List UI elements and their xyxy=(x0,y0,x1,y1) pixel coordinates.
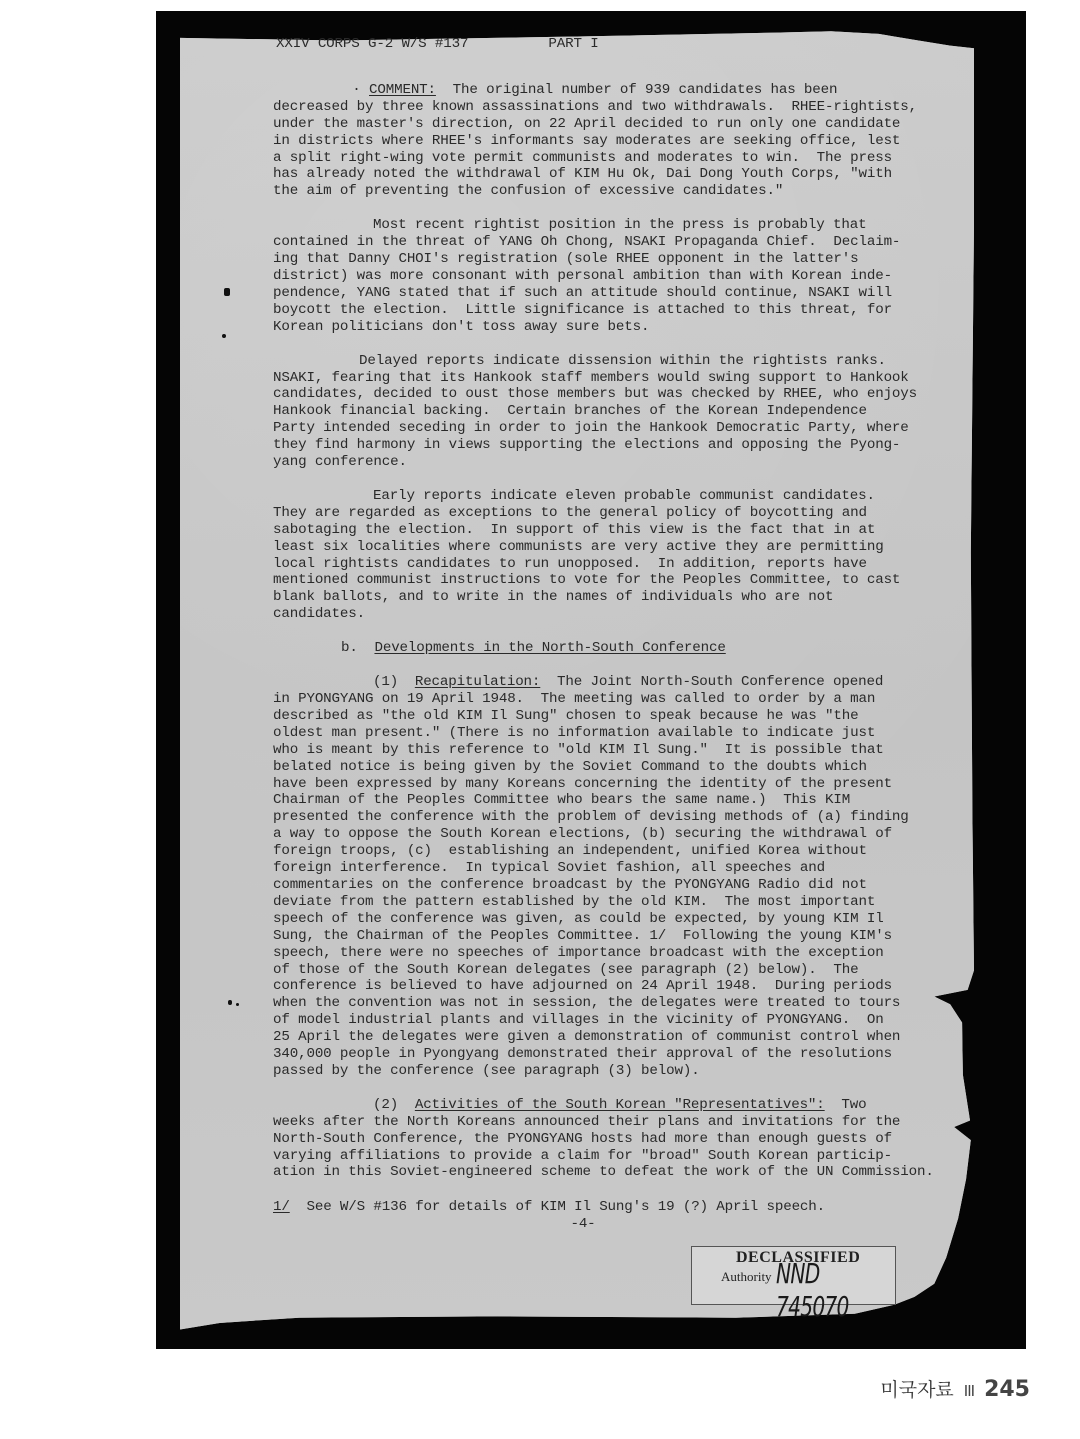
section-b-marker: b. xyxy=(341,640,358,656)
stamp-authority-value: NND 745070 xyxy=(776,1257,862,1323)
section-b-title: Developments in the North-South Conferen… xyxy=(374,640,725,656)
paragraph-dissension: Delayed reports indicate dissension with… xyxy=(273,353,973,471)
paragraph-communist-candidates: Early reports indicate eleven probable c… xyxy=(273,488,973,623)
document-part: PART I xyxy=(548,36,598,53)
margin-mark xyxy=(224,288,230,296)
subsection-south-korean-representatives: (2) Activities of the South Korean "Repr… xyxy=(273,1097,973,1182)
paragraph-text: Early reports indicate eleven probable c… xyxy=(273,488,900,622)
footnote: 1/ See W/S #136 for details of KIM Il Su… xyxy=(273,1199,973,1216)
comment-label: COMMENT: xyxy=(369,82,436,98)
declassified-stamp: DECLASSIFIED Authority NND 745070 xyxy=(691,1246,896,1305)
paragraph-rightist-position: Most recent rightist position in the pre… xyxy=(273,217,973,335)
margin-mark xyxy=(236,1003,239,1006)
footnote-marker: 1/ xyxy=(273,1199,290,1215)
bullet-dot: · xyxy=(273,82,369,99)
stamp-authority-label: Authority xyxy=(721,1269,772,1285)
subsection-title: Recapitulation: xyxy=(415,674,540,690)
subsection-text: The Joint North-South Conference opened … xyxy=(273,674,909,1079)
paragraph-text: Most recent rightist position in the pre… xyxy=(273,217,900,334)
document-header: XXIV CORPS G-2 W/S #137 PART I xyxy=(276,36,973,53)
margin-mark xyxy=(222,334,226,338)
subsection-marker: (1) xyxy=(373,674,398,690)
paragraph-text: Delayed reports indicate dissension with… xyxy=(273,353,917,470)
document-body: XXIV CORPS G-2 W/S #137 PART I · COMMENT… xyxy=(273,36,973,1233)
subsection-marker: (2) xyxy=(373,1097,398,1113)
section-b-heading: b. Developments in the North-South Confe… xyxy=(273,640,973,657)
subsection-recapitulation: (1) Recapitulation: The Joint North-Sout… xyxy=(273,674,973,1080)
document-reference: XXIV CORPS G-2 W/S #137 xyxy=(276,36,468,53)
subsection-title: Activities of the South Korean "Represen… xyxy=(415,1097,825,1113)
footer-divider: III xyxy=(964,1382,974,1400)
document-page-number: -4- xyxy=(193,1216,973,1233)
margin-mark xyxy=(228,1000,232,1005)
paragraph-comment: · COMMENT: The original number of 939 ca… xyxy=(273,82,973,200)
page-footer: 미국자료 III 245 xyxy=(880,1375,1030,1402)
footer-section-label: 미국자료 xyxy=(880,1375,953,1402)
footer-page-number: 245 xyxy=(984,1377,1030,1402)
comment-text: The original number of 939 candidates ha… xyxy=(273,82,917,199)
footnote-text: See W/S #136 for details of KIM Il Sung'… xyxy=(290,1199,825,1215)
